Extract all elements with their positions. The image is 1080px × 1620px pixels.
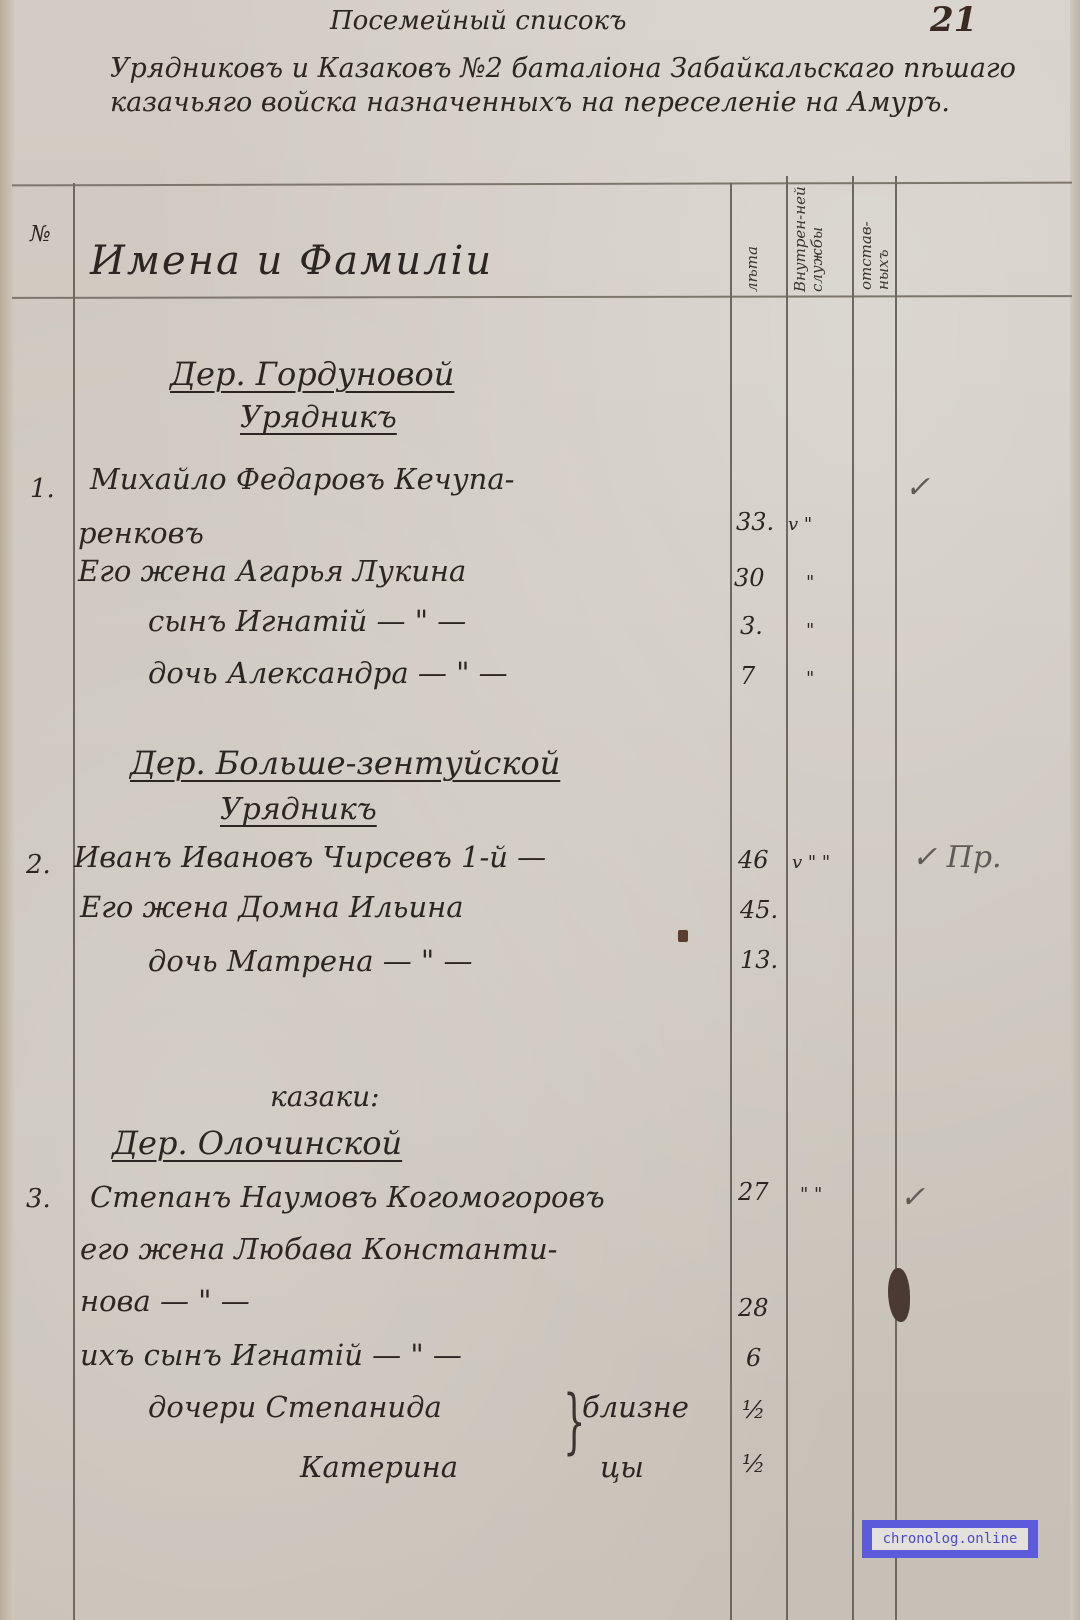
member-marks: v ": [788, 514, 812, 535]
member-marks: ": [806, 620, 814, 641]
margin-checkmark: ✓: [900, 1180, 925, 1215]
folio-number: 21: [930, 0, 977, 40]
member-age: 13.: [740, 946, 778, 974]
family-number: 3.: [26, 1184, 51, 1214]
page-binding-edge: [0, 0, 14, 1620]
member-age: 27: [738, 1178, 769, 1206]
family-number: 1.: [30, 474, 55, 504]
member-age: 30: [734, 564, 765, 592]
header-bottom-rule: [12, 295, 1072, 299]
twins-note: близне: [582, 1390, 689, 1424]
member-line: дочери Степанида: [148, 1390, 442, 1424]
member-age: 6: [746, 1344, 761, 1372]
member-line: Степанъ Наумовъ Когомогоровъ: [90, 1180, 605, 1214]
age-column-rule: [730, 183, 732, 1620]
header-names: Имена и Фамилiи: [90, 238, 493, 284]
header-age: лѣта: [744, 246, 761, 292]
member-line: Его жена Агарья Лукина: [78, 554, 466, 588]
member-line: ихъ сынъ Игнатiй — " —: [80, 1338, 462, 1372]
service-column-rule: [786, 176, 788, 1620]
member-line: дочь Матрена — " —: [148, 944, 472, 978]
member-age: 46: [738, 846, 769, 874]
twins-note: цы: [600, 1450, 644, 1484]
number-column-rule: [73, 183, 75, 1620]
header-internal-service: Внутрен-ней службы: [792, 172, 826, 292]
member-line: ренковъ: [78, 516, 204, 550]
member-age: ½: [742, 1450, 765, 1478]
member-marks: v " ": [792, 852, 830, 873]
member-line: дочь Александра — " —: [148, 656, 508, 690]
member-age: 45.: [740, 896, 778, 924]
table-top-rule: [12, 182, 1072, 187]
member-age: 33.: [736, 508, 774, 536]
section-rank: Урядникъ: [220, 792, 377, 827]
document-page: Посемейный списокъ 21 Урядниковъ и Казак…: [0, 0, 1080, 1620]
family-number: 2.: [26, 850, 51, 880]
member-age: 3.: [740, 612, 763, 640]
header-number: №: [30, 222, 51, 247]
member-line: нова — " —: [80, 1284, 250, 1318]
member-marks: ": [806, 572, 814, 593]
watermark-badge: chronolog.online: [862, 1520, 1038, 1558]
member-marks: " ": [800, 1184, 822, 1205]
member-age: ½: [742, 1396, 765, 1424]
section-village: Дер. Больше-зентуйской: [130, 744, 560, 782]
margin-checkmark: ✓ Пр.: [912, 840, 1002, 875]
retired-column-right-rule: [895, 176, 897, 1620]
section-village: Дер. Гордуновой: [170, 355, 454, 393]
member-line: Иванъ Ивановъ Чирсевъ 1-й —: [74, 840, 546, 874]
page-right-edge: [1070, 0, 1080, 1620]
document-subtitle: Урядниковъ и Казаковъ №2 баталiона Забай…: [110, 52, 1040, 120]
section-village: Дер. Олочинской: [112, 1124, 402, 1162]
header-retired: отстав-ныхъ: [858, 200, 892, 290]
margin-checkmark: ✓: [905, 470, 930, 505]
member-line: его жена Любава Константи-: [80, 1232, 557, 1266]
document-title: Посемейный списокъ: [330, 6, 626, 36]
ink-mark: [678, 930, 688, 942]
ink-blot: [888, 1268, 910, 1322]
member-line: Его жена Домна Ильина: [80, 890, 464, 924]
member-age: 7: [740, 662, 755, 690]
retired-column-rule: [852, 176, 854, 1620]
member-line: Михайло Федаровъ Кечупа-: [90, 462, 514, 496]
member-marks: ": [806, 668, 814, 689]
section-rank: Урядникъ: [240, 400, 397, 435]
member-age: 28: [738, 1294, 769, 1322]
member-line: сынъ Игнатiй — " —: [148, 604, 466, 638]
watermark-text: chronolog.online: [872, 1528, 1028, 1550]
section-category: казаки:: [270, 1080, 380, 1113]
member-line: Катерина: [300, 1450, 458, 1484]
